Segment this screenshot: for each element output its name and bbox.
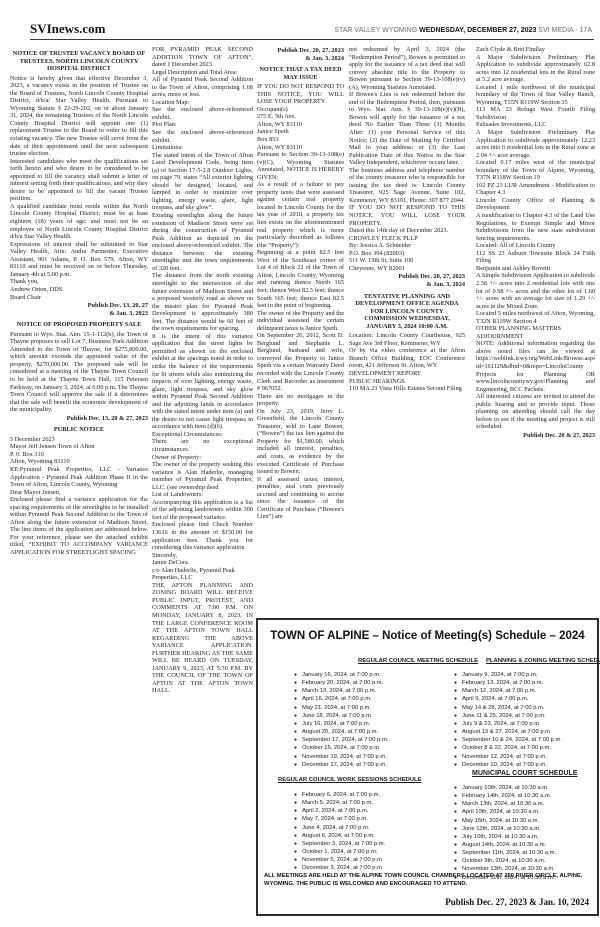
meeting-date-text: August 13 & 27, 2024, at 7:00 p.m. [462, 728, 552, 736]
bullet-icon: ● [454, 784, 457, 792]
meeting-date-text: July 10th, 2024, at 10:30 a.m. [462, 833, 538, 841]
alpine-box-title: TOWN OF ALPINE – Notice of Meeting(s) Sc… [258, 630, 597, 643]
meeting-date-item: ●October 8 & 22, 2024, at 7:00 p.m. [454, 744, 597, 752]
bullet-icon: ● [294, 728, 297, 736]
meeting-date-text: June 12th, 2024, at 10:30 a.m. [462, 825, 541, 833]
notice-paragraph: Beginning at a point 82.5 feet West of t… [257, 249, 344, 309]
notice-paragraph: On July 23, 2019, Jerry L. Greenfield, t… [257, 408, 344, 476]
meeting-date-text: January 9, 2024, at 7:00 p.m. [462, 671, 537, 679]
notice-lines: Owner of Property: [152, 454, 253, 462]
notice-paragraph: The owner of the Property and the indivi… [257, 310, 344, 333]
publish-line: Publish Dec. 20, 27, 2023 & Jan. 3, 2024 [349, 273, 465, 288]
meeting-date-item: ●November 5, 2024, at 7:00 p.m. [294, 856, 446, 864]
notice-column-5: Zach Clyde & Bret FindlayA Major Subdivi… [476, 46, 595, 594]
meeting-date-item: ●May 21, 2024, at 7:00 p.m. [294, 704, 446, 712]
bullet-icon: ● [454, 833, 457, 841]
meeting-date-item: ●October 9th, 2024, at 10:30 a.m. [454, 857, 597, 865]
meeting-date-text: May 7, 2024, at 7:00 p.m. [302, 815, 368, 823]
schedule-left-column: ●January 16, 2024, at 7:00 p.m.●February… [258, 671, 446, 882]
meeting-date-text: May 14 & 28, 2024, at 7:00 p.m. [462, 704, 545, 712]
notice-lines: Dear Mayor Jensen, [10, 489, 148, 497]
notice-paragraph: All interested citizens are invited to a… [476, 393, 595, 431]
bullet-icon: ● [454, 720, 457, 728]
notice-lines: Location Map: [152, 99, 253, 107]
meeting-date-item: ●September 17, 2024, at 7:00 p.m. [294, 736, 446, 744]
meeting-date-text: February 20, 2024, at 7:00 p.m. [302, 679, 383, 687]
bullet-icon: ● [454, 687, 457, 695]
notice-lines: Exceptional Circumstances: [152, 431, 253, 439]
notice-paragraph: Zach Clyde & Bret Findlay [476, 46, 595, 54]
newspaper-page: SVInews.com STAR VALLEY WYOMING WEDNESDA… [0, 0, 600, 927]
meeting-date-text: September 3, 2024, at 7:00 p.m. [302, 840, 385, 848]
bullet-icon: ● [454, 817, 457, 825]
meeting-date-item: ●March 5, 2024, at 7:00 p.m. [294, 799, 446, 807]
notice-paragraph: NOTE: Additional information regarding t… [476, 340, 595, 370]
bullet-icon: ● [454, 671, 457, 679]
bullet-icon: ● [454, 761, 457, 769]
meeting-date-item: ●May 15th, 2024, at 10:30 a.m. [454, 817, 597, 825]
meeting-date-item: ●February 6, 2024, at 7:00 p.m. [294, 791, 446, 799]
notice-paragraph: Palisades Investments, LLC [476, 121, 595, 129]
notice-paragraph: Pursuant to Wyo. Stat. Ann. 15-1-112(b),… [10, 331, 148, 414]
notice-paragraph: Located 1 mile northwest of the municipa… [476, 84, 595, 107]
meeting-date-text: November 12, 2024, at 7:00 p.m. [462, 753, 547, 761]
notice-paragraph: Location: Lincoln County Courthouse, 925… [349, 332, 465, 347]
notice-paragraph: not redeemed by April 3, 2024 (the “Rede… [349, 46, 465, 91]
meeting-date-text: July 9 & 23, 2024, at 7:00 p.m. [462, 720, 541, 728]
meeting-date-text: December 3, 2024, at 7:00 p.m. [302, 864, 384, 872]
meeting-date-item: ●October 15, 2024, at 7:00 p.m. [294, 744, 446, 752]
schedule-columns: ●January 16, 2024, at 7:00 p.m.●February… [258, 671, 597, 882]
notice-paragraph: Benjamin and Ashley Rovetti [476, 265, 595, 273]
meeting-date-text: August 20, 2024, at 7:00 p.m. [302, 728, 378, 736]
notice-column-3: Publish Dec. 20, 27, 2023 & Jan. 3, 2024… [257, 46, 344, 594]
notice-paragraph: Expressions of interest shall be submitt… [10, 241, 148, 279]
meeting-date-text: July 16, 2024, at 7:00 p.m. [302, 720, 370, 728]
bullet-icon: ● [454, 808, 457, 816]
meeting-date-text: March 5, 2024, at 7:00 p.m. [302, 799, 373, 807]
bullet-icon: ● [454, 679, 457, 687]
meeting-date-text: February 14th, 2024, at 10:30 a.m. [462, 792, 551, 800]
bullet-icon: ● [454, 825, 457, 833]
meeting-date-item: ●March 12, 2024, at 7:00 p.m. [454, 687, 597, 695]
bullet-icon: ● [454, 728, 457, 736]
notice-lines: Thank you, Andrew Orton, DDS Board Chair [10, 278, 148, 301]
meeting-date-text: April 16, 2024, at 7:00 p.m. [302, 695, 372, 703]
meeting-date-item: ●September 10 & 24, 2024, at 7:00 p.m. [454, 736, 597, 744]
meeting-date-item: ●December 10, 2024, at 7:00 p.m. [454, 761, 597, 769]
meeting-date-text: October 15, 2024, at 7:00 p.m. [302, 744, 381, 752]
meeting-date-text: February 13, 2024, at 7:00 p.m. [462, 679, 543, 687]
meeting-date-text: June 18, 2024, at 7:00 p.m. [302, 712, 373, 720]
meeting-date-text: December 10, 2024, at 7:00 p.m. [462, 761, 547, 769]
pz-meeting-list: ●January 9, 2024, at 7:00 p.m.●February … [454, 671, 597, 769]
pz-schedule-header: PLANNING & ZONING MEETING SCHEDULE [486, 658, 600, 665]
meeting-date-item: ●December 17, 2024, at 7:00 p.m. [294, 761, 446, 769]
bullet-icon: ● [294, 704, 297, 712]
notice-paragraph: There are no mortgages in the property. [257, 393, 344, 408]
notice-paragraph: 112 SS 23 Auburn Townsite Block 24 Fifth… [476, 250, 595, 265]
publish-line: Publish Dec. 20 & 27, 2023 [476, 432, 595, 440]
meeting-date-text: June 4, 2024, at 7:00 p.m. [302, 824, 369, 832]
council-schedule-header: REGULAR COUNCIL MEETING SCHEDULE [358, 658, 478, 665]
notice-paragraph: Accompanying this application is a list … [152, 499, 253, 522]
meeting-date-item: ●December 3, 2024, at 7:00 p.m. [294, 864, 446, 872]
bullet-icon: ● [294, 744, 297, 752]
notice-lines: OTHER PLANNING MATTERS ADJOURNMENT [476, 325, 595, 340]
meeting-date-item: ●November 19, 2024, at 7:00 p.m. [294, 753, 446, 761]
notice-paragraph: Dated this 14th day of December 2023. [349, 227, 465, 235]
bullet-icon: ● [294, 832, 297, 840]
bullet-icon: ● [294, 815, 297, 823]
bullet-icon: ● [294, 720, 297, 728]
meeting-date-item: ●April 16, 2024, at 7:00 p.m. [294, 695, 446, 703]
notice-paragraph: Notice is hereby given that effective De… [10, 75, 148, 158]
notice-paragraph: The owner of the property seeking this v… [152, 461, 253, 491]
bullet-icon: ● [294, 848, 297, 856]
meeting-date-item: ●March 19, 2024, at 7:00 p.m. [294, 687, 446, 695]
bullet-icon: ● [294, 687, 297, 695]
notice-heading: NOTICE THAT A TAX DEED MAY ISSUE [259, 66, 342, 81]
meeting-date-item: ●August 14th, 2024, at 10:30 a.m. [454, 841, 597, 849]
meeting-date-text: January 16, 2024, at 7:00 p.m. [302, 671, 381, 679]
notice-paragraph: The distance from the north existing str… [152, 272, 253, 332]
schedule-headers-row: REGULAR COUNCIL MEETING SCHEDULE PLANNIN… [258, 658, 597, 665]
notice-paragraph: Or by via video conference at the Afton … [349, 347, 465, 370]
notice-paragraph: On September 26, 2012, Scott D. Berglund… [257, 332, 344, 392]
publish-line: Publish Dec. 20, 27, 2023 & Jan. 3, 2024 [257, 47, 344, 62]
notice-paragraph: A Major Subdivision Preliminary Plat App… [476, 129, 595, 159]
notice-paragraph: Enclosed please find a variance applicat… [10, 496, 148, 556]
notice-paragraph: As a result of a failure to pay property… [257, 181, 344, 249]
notice-lines: CROWLEY FLECK PLLP By: Jessica A. Schnei… [349, 235, 465, 273]
masthead-rule [30, 39, 594, 40]
meeting-date-text: February 6, 2024, at 7:00 p.m. [302, 791, 380, 799]
notice-paragraph: The stated intent of the Town of Afton L… [152, 152, 253, 212]
schedule-right-column: ●January 9, 2024, at 7:00 p.m.●February … [446, 671, 597, 882]
notice-heading: NOTICE OF TRUSTEE VACANCY BOARD OF TRUST… [12, 50, 146, 73]
notice-lines: Occupant(s) 275 E. 5th Ave. Afton, WY 83… [257, 106, 344, 151]
municipal-court-header: MUNICIPAL COURT SCHEDULE [472, 770, 597, 778]
bullet-icon: ● [454, 736, 457, 744]
alpine-box-footer: ALL MEETINGS ARE HELD AT THE ALPINE TOWN… [264, 873, 591, 888]
bullet-icon: ● [454, 695, 457, 703]
bullet-icon: ● [294, 753, 297, 761]
meeting-date-item: ●April 9, 2024, at 7:00 p.m. [454, 695, 597, 703]
meeting-date-text: May 21, 2024, at 7:00 p.m. [302, 704, 371, 712]
bullet-icon: ● [294, 736, 297, 744]
notice-paragraph: A Major Subdivision Preliminary Plat App… [476, 54, 595, 84]
dateline: STAR VALLEY WYOMING WEDNESDAY, DECEMBER … [334, 26, 592, 35]
meeting-date-item: ●August 20, 2024, at 7:00 p.m. [294, 728, 446, 736]
bullet-icon: ● [294, 864, 297, 872]
notice-lines: Sincerely, Jamie DeCora c/o Alan Haderli… [152, 552, 253, 582]
meeting-date-text: August 6, 2024, at 7:00 p.m. [302, 832, 375, 840]
meeting-date-item: ●November 12, 2024, at 7:00 p.m. [454, 753, 597, 761]
notice-paragraph: A Simple Subdivision Application to subd… [476, 272, 595, 310]
notice-heading: NOTICE OF PROPOSED PROPERTY SALE [12, 321, 146, 329]
notice-lines: Legal Description and Total Area: [152, 69, 253, 77]
meeting-date-item: ●June 11 & 25, 2024, at 7:00 p.m. [454, 712, 597, 720]
meeting-date-item: ●July 16, 2024, at 7:00 p.m. [294, 720, 446, 728]
notice-paragraph: FOR PYRAMID PEAK SECOND ADDITION TOWN OF… [152, 46, 253, 69]
meeting-date-item: ●April 2, 2024, at 7:00 p.m. [294, 807, 446, 815]
notice-paragraph: 110 MA 23 Vista Hills Estates Second Fil… [349, 385, 465, 393]
notice-paragraph: THE AFTON PLANNING AND ZONING BOARD WILL… [152, 582, 253, 695]
council-meeting-list: ●January 16, 2024, at 7:00 p.m.●February… [294, 671, 446, 769]
notice-paragraph: See the enclosed above-referenced exhibi… [152, 129, 253, 144]
notice-paragraph: See the enclosed above-referenced exhibi… [152, 106, 253, 121]
meeting-date-item: ●May 14 & 28, 2024, at 7:00 p.m. [454, 704, 597, 712]
meeting-date-item: ●August 13 & 27, 2024, at 7:00 p.m. [454, 728, 597, 736]
bullet-icon: ● [294, 840, 297, 848]
notice-paragraph: If all assessed taxes, interest, penalti… [257, 476, 344, 521]
bullet-icon: ● [294, 695, 297, 703]
meeting-date-item: ●September 3, 2024, at 7:00 p.m. [294, 840, 446, 848]
notice-paragraph: If Bowen's Lien is not redeemed before t… [349, 91, 465, 166]
bullet-icon: ● [294, 799, 297, 807]
meeting-date-item: ●April 10th, 2024, at 10:30 a.m. [454, 808, 597, 816]
meeting-date-text: March 19, 2024, at 7:00 p.m. [302, 687, 376, 695]
meeting-date-text: March 12, 2024, at 7:00 p.m. [462, 687, 536, 695]
notice-column-4: not redeemed by April 3, 2024 (the “Rede… [349, 46, 465, 594]
meeting-date-text: April 9, 2024, at 7:00 p.m. [462, 695, 528, 703]
bullet-icon: ● [294, 761, 297, 769]
notice-heading: TENTATIVE PLANNING AND DEVELOPMENT OFFIC… [351, 293, 463, 331]
bullet-icon: ● [454, 744, 457, 752]
alpine-meeting-schedule-box: TOWN OF ALPINE – Notice of Meeting(s) Sc… [256, 618, 599, 916]
meeting-date-item: ●July 10th, 2024, at 10:30 a.m. [454, 833, 597, 841]
meeting-date-item: ●October 1, 2024, at 7:00 p.m. [294, 848, 446, 856]
meeting-date-item: ●March 13th, 2024, at 10:30 a.m. [454, 800, 597, 808]
notice-paragraph: Pursuant to Section 39-13-108(e)(v)(C), … [257, 151, 344, 181]
meeting-date-item: ●February 14th, 2024, at 10:30 a.m. [454, 792, 597, 800]
dateline-pre: STAR VALLEY WYOMING [334, 27, 419, 34]
alpine-publish-line: Publish Dec. 27, 2023 & Jan. 10, 2024 [445, 897, 589, 907]
bullet-icon: ● [294, 712, 297, 720]
meeting-date-item: ●January 10th, 2024, at 10:30 a.m. [454, 784, 597, 792]
meeting-date-text: April 10th, 2024, at 10:30 a.m. [462, 808, 540, 816]
meeting-date-text: August 14th, 2024, at 10:30 a.m. [462, 841, 546, 849]
meeting-date-text: April 2, 2024, at 7:00 p.m. [302, 807, 368, 815]
meeting-date-text: June 11 & 25, 2024, at 7:00 p.m. [462, 712, 546, 720]
notice-paragraph: There are no exceptional circumstances. [152, 438, 253, 453]
notice-heading: PUBLIC NOTICE [12, 426, 146, 434]
notice-paragraph: Located 0.17 miles west of the municipal… [476, 159, 595, 182]
bullet-icon: ● [454, 841, 457, 849]
meeting-date-text: September 11th, 2024, at 10:30 a.m. [462, 849, 556, 857]
bullet-icon: ● [294, 824, 297, 832]
notice-paragraph: Projects for Planning OR www.lincolncoun… [476, 371, 595, 394]
notice-paragraph: Existing streetlights along the future e… [152, 212, 253, 272]
notice-paragraph: All of Pyramid Peak Second Addition to t… [152, 76, 253, 99]
bullet-icon: ● [454, 753, 457, 761]
bullet-icon: ● [454, 712, 457, 720]
bullet-icon: ● [454, 800, 457, 808]
masthead: SVInews.com STAR VALLEY WYOMING WEDNESDA… [30, 22, 592, 38]
bullet-icon: ● [294, 671, 297, 679]
bullet-icon: ● [294, 679, 297, 687]
notice-paragraph: 102 PZ 23 LUR Amendment - Modification t… [476, 182, 595, 197]
meeting-date-text: October 1, 2024, at 7:00 p.m. [302, 848, 377, 856]
bullet-icon: ● [454, 857, 457, 865]
notice-lines: 5 December 2023 Mayor Jeff Jensen Town o… [10, 436, 148, 466]
meeting-date-text: January 10th, 2024, at 10:30 a.m. [462, 784, 549, 792]
meeting-date-text: October 9th, 2024, at 10:30 a.m. [462, 857, 545, 865]
meeting-date-text: November 19, 2024, at 7:00 p.m. [302, 753, 387, 761]
notice-paragraph: RE:Pyramid Peak Properties, LLC - Varian… [10, 466, 148, 489]
notice-lines: Plot Plan: [152, 121, 253, 129]
meeting-date-text: March 13th, 2024, at 10:30 a.m. [462, 800, 544, 808]
meeting-date-text: December 17, 2024, at 7:00 p.m. [302, 761, 387, 769]
meeting-date-item: ●June 18, 2024, at 7:00 p.m. [294, 712, 446, 720]
municipal-court-list: ●January 10th, 2024, at 10:30 a.m.●Febru… [454, 784, 597, 882]
meeting-date-text: October 8 & 22, 2024, at 7:00 p.m. [462, 744, 551, 752]
publish-line: Publish Dec. 13, 20 & 27, 2023 [10, 415, 148, 423]
meeting-date-item: ●February 20, 2024, at 7:00 p.m. [294, 679, 446, 687]
work-sessions-header: REGULAR COUNCIL WORK SESSIONS SCHEDULE [278, 777, 446, 784]
notice-paragraph: IF YOU DO NOT RESPOND TO THIS NOTICE, YO… [257, 83, 344, 106]
bullet-icon: ● [294, 807, 297, 815]
meeting-date-text: September 17, 2024, at 7:00 p.m. [302, 736, 388, 744]
notice-paragraph: Lincoln County Office of Planning & Deve… [476, 197, 595, 212]
bullet-icon: ● [454, 704, 457, 712]
meeting-date-item: ●January 9, 2024, at 7:00 p.m. [454, 671, 597, 679]
notice-lines: List of Landowners: [152, 491, 253, 499]
notice-column-1: NOTICE OF TRUSTEE VACANCY BOARD OF TRUST… [10, 46, 148, 920]
notice-paragraph: 113 MA 23 Refuge West Fourth Filing Subd… [476, 106, 595, 121]
meeting-date-item: ●February 13, 2024, at 7:00 p.m. [454, 679, 597, 687]
notice-paragraph: A modification to Chapter 4.3 of the Lan… [476, 212, 595, 242]
meeting-date-item: ●July 9 & 23, 2024, at 7:00 p.m. [454, 720, 597, 728]
dateline-post: SVI MEDIA - 17A [536, 27, 592, 34]
bullet-icon: ● [454, 849, 457, 857]
bullet-icon: ● [294, 791, 297, 799]
site-title: SVInews.com [30, 22, 105, 36]
notice-lines: DEVELOPMENT REPORT PUBLIC HEARINGS [349, 370, 465, 385]
notice-paragraph: Interested candidates who meet the quali… [10, 158, 148, 203]
notice-paragraph: IF YOU DO NOT RESPOND TO THIS NOTICE, YO… [349, 204, 465, 227]
notice-column-2: FOR PYRAMID PEAK SECOND ADDITION TOWN OF… [152, 46, 253, 888]
meeting-date-item: ●August 6, 2024, at 7:00 p.m. [294, 832, 446, 840]
meeting-date-text: September 10 & 24, 2024, at 7:00 p.m. [462, 736, 562, 744]
meeting-date-item: ●January 16, 2024, at 7:00 p.m. [294, 671, 446, 679]
dateline-date: WEDNESDAY, DECEMBER 27, 2023 [419, 27, 536, 34]
notice-paragraph: A qualified candidate must reside within… [10, 203, 148, 241]
meeting-date-text: May 15th, 2024, at 10:30 a.m. [462, 817, 539, 825]
meeting-date-item: ●June 4, 2024, at 7:00 p.m. [294, 824, 446, 832]
notice-paragraph: It is the intent of this variance applic… [152, 333, 253, 431]
publish-line: Publish Dec. 13, 20, 27 & Jan. 3, 2023 [10, 302, 148, 317]
meeting-date-item: ●June 12th, 2024, at 10:30 a.m. [454, 825, 597, 833]
bullet-icon: ● [454, 792, 457, 800]
notice-lines: Limitations: [152, 144, 253, 152]
notice-paragraph: Located 5 miles northwest of Afton, Wyom… [476, 310, 595, 325]
meeting-date-item: ●September 11th, 2024, at 10:30 a.m. [454, 849, 597, 857]
meeting-date-item: ●May 7, 2024, at 7:00 p.m. [294, 815, 446, 823]
notice-paragraph: The business address and telephone numbe… [349, 167, 465, 205]
bullet-icon: ● [294, 856, 297, 864]
notice-paragraph: Located: All of Lincoln County [476, 242, 595, 250]
work-sessions-list: ●February 6, 2024, at 7:00 p.m.●March 5,… [294, 791, 446, 873]
meeting-date-text: November 5, 2024, at 7:00 p.m. [302, 856, 384, 864]
notice-paragraph: Enclosed please find Check Number 13616 … [152, 521, 253, 551]
